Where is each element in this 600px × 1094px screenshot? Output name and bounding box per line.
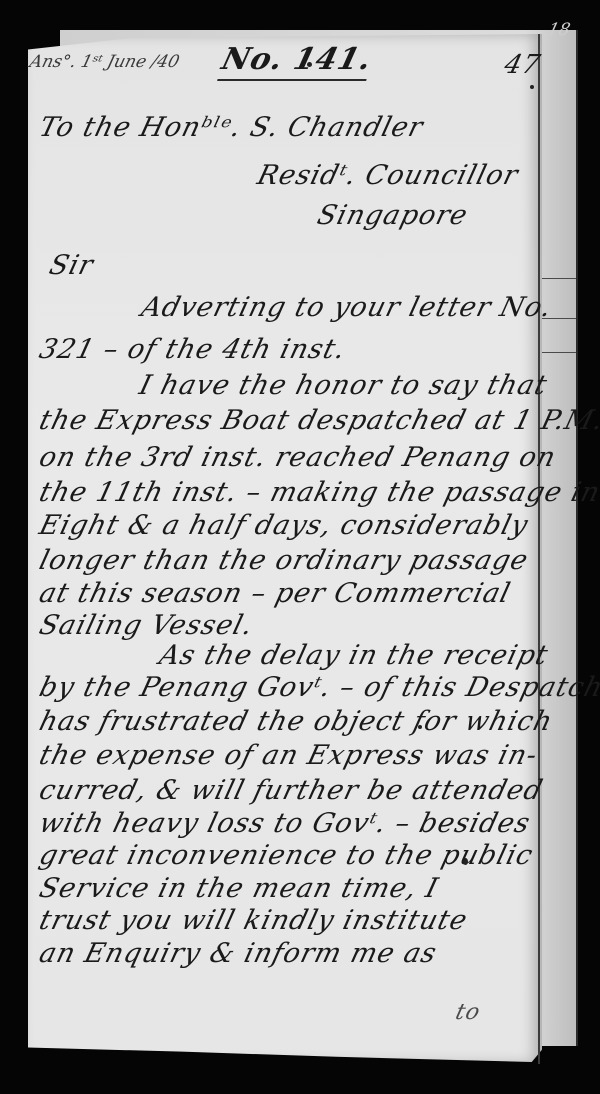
body-line: an Enquiry & inform me as: [36, 938, 440, 969]
body-line: the expense of an Express was in-: [36, 740, 541, 771]
body-line: by the Penang Govᵗ. – of this Despatch: [36, 672, 600, 703]
body-line: with heavy loss to Govᵗ. – besides: [36, 808, 534, 839]
body-line: has frustrated the object for which: [36, 706, 556, 737]
ink-spot: [530, 85, 534, 89]
page-margin-edge: [538, 34, 540, 1064]
body-line: Service in the mean time, I: [36, 873, 442, 904]
body-line: curred, & will further be attended: [36, 775, 546, 806]
letter-number: No. 141.: [217, 42, 376, 81]
body-line: Sailing Vessel.: [36, 610, 256, 641]
body-line: longer than the ordinary passage: [36, 545, 532, 576]
body-line: at this season – per Commercial: [36, 578, 514, 609]
ink-spot: [307, 62, 312, 67]
answered-note: Ans°. 1ˢᵗ June /40: [28, 52, 182, 72]
body-line: the Express Boat despatched at 1 P.M.: [36, 405, 600, 436]
body-line: Adverting to your letter No.: [138, 292, 555, 323]
corner-number: 18: [546, 20, 573, 40]
ink-spot: [463, 858, 468, 865]
body-line: on the 3rd inst. reached Penang on: [36, 442, 559, 473]
body-line: I have the honor to say that: [136, 370, 551, 401]
body-line: 321 – of the 4th inst.: [36, 334, 349, 365]
salutation: Sir: [46, 250, 97, 281]
body-line: Eight & a half days, considerably: [36, 510, 532, 541]
address-line-2: Residᵗ. Councillor: [254, 160, 522, 191]
address-line-3: Singapore: [314, 200, 471, 231]
body-line: the 11th inst. – making the passage in: [36, 477, 600, 508]
body-line: trust you will kindly institute: [36, 905, 471, 936]
body-line: great inconvenience to the public: [36, 840, 536, 871]
ink-spot: [418, 725, 422, 729]
address-line-1: To the Honᵇˡᵉ. S. Chandler: [36, 112, 426, 143]
body-line: As the delay in the receipt: [156, 640, 551, 671]
folio-number: 47: [501, 50, 544, 80]
